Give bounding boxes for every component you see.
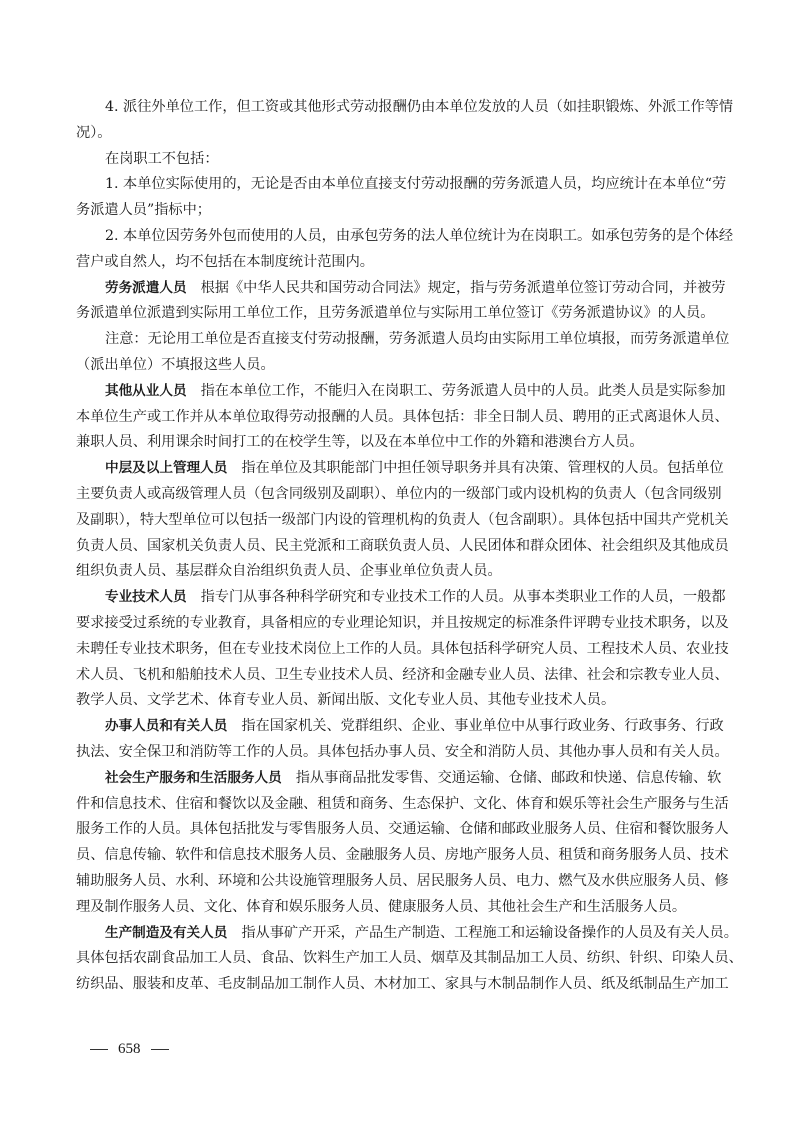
dash-decoration bbox=[151, 1049, 169, 1050]
text-line: 务派遣单位派遣到实际用工单位工作，且劳务派遣单位与实际用工单位签订《劳务派遣协议… bbox=[76, 301, 718, 327]
definition-text: 根据《中华人民共和国劳动合同法》规定，指与劳务派遣单位签订劳动合同，并被劳 bbox=[201, 280, 726, 296]
paragraph-excluded-item-1: 1. 本单位实际使用的，无论是否由本单位直接支付劳动报酬的劳务派遣人员，均应统计… bbox=[76, 172, 718, 224]
text-line: 兼职人员、利用课余时间打工的在校学生等，以及在本单位中工作的外籍和港澳台方人员。 bbox=[76, 430, 718, 456]
text-line: 2. 本单位因劳务外包而使用的人员，由承包劳务的法人单位统计为在岗职工。如承包劳… bbox=[76, 224, 718, 250]
text-line: 教学人员、文学艺术、体育专业人员、新闻出版、文化专业人员、其他专业技术人员。 bbox=[76, 688, 718, 714]
text-line: 件和信息技术、住宿和餐饮以及金融、租赁和商务、生态保护、文化、体育和娱乐等社会生… bbox=[76, 792, 718, 818]
text-line: 本单位生产或工作并从本单位取得劳动报酬的人员。具体包括：非全日制人员、聘用的正式… bbox=[76, 405, 718, 431]
text-line: 具体包括农副食品加工人员、食品、饮料生产加工人员、烟草及其制品加工人员、纺织、针… bbox=[76, 946, 718, 972]
text-line: 辅助服务人员、水利、环境和公共设施管理服务人员、居民服务人员、电力、燃气及水供应… bbox=[76, 869, 718, 895]
text-line: 中层及以上管理人员指在单位及其职能部门中担任领导职务并具有决策、管理权的人员。包… bbox=[76, 456, 718, 482]
definition-text: 指在单位及其职能部门中担任领导职务并具有决策、管理权的人员。包括单位 bbox=[241, 460, 723, 476]
text-line: 1. 本单位实际使用的，无论是否由本单位直接支付劳动报酬的劳务派遣人员，均应统计… bbox=[76, 172, 718, 198]
paragraph-included-item-4: 4. 派往外单位工作，但工资或其他形式劳动报酬仍由本单位发放的人员（如挂职锻炼、… bbox=[76, 95, 718, 147]
text-line: 要求接受过系统的专业教育，具备相应的专业理论知识，并且按规定的标准条件评聘专业技… bbox=[76, 611, 718, 637]
text-line: 其他从业人员指在本单位工作，不能归入在岗职工、劳务派遣人员中的人员。此类人员是实… bbox=[76, 379, 718, 405]
text-line: 营户或自然人，均不包括在本制度统计范围内。 bbox=[76, 250, 718, 276]
text-line: 主要负责人或高级管理人员（包含同级别及副职）、单位内的一级部门或内设机构的负责人… bbox=[76, 482, 718, 508]
text-line: 注意：无论用工单位是否直接支付劳动报酬，劳务派遣人员均由实际用工单位填报，而劳务… bbox=[76, 327, 718, 353]
text-line: 理及制作服务人员、文化、体育和娱乐服务人员、健康服务人员、其他社会生产和生活服务… bbox=[76, 895, 718, 921]
term-heading: 其他从业人员 bbox=[105, 383, 187, 399]
text-line: 及副职），特大型单位可以包括一级部门内设的管理机构的负责人（包含副职）。具体包括… bbox=[76, 508, 718, 534]
definition-text: 指从事商品批发零售、交通运输、仓储、邮政和快递、信息传输、软 bbox=[296, 770, 722, 786]
paragraph-excluded-heading: 在岗职工不包括： bbox=[76, 147, 718, 173]
term-heading: 专业技术人员 bbox=[105, 589, 187, 605]
text-line: 术人员、飞机和船舶技术人员、卫生专业技术人员、经济和金融专业人员、法律、社会和宗… bbox=[76, 663, 718, 689]
definition-professional-technical: 专业技术人员指专门从事各种科学研究和专业技术工作的人员。从事本类职业工作的人员，… bbox=[76, 585, 718, 714]
text-line: 劳务派遣人员根据《中华人民共和国劳动合同法》规定，指与劳务派遣单位签订劳动合同，… bbox=[76, 276, 718, 302]
term-heading: 劳务派遣人员 bbox=[105, 280, 187, 296]
text-line: 纺织品、服装和皮革、毛皮制品加工制作人员、木材加工、家具与木制品制作人员、纸及纸… bbox=[76, 972, 718, 998]
text-line: 未聘任专业技术职务，但在专业技术岗位上工作的人员。具体包括科学研究人员、工程技术… bbox=[76, 637, 718, 663]
definition-other-employees: 其他从业人员指在本单位工作，不能归入在岗职工、劳务派遣人员中的人员。此类人员是实… bbox=[76, 379, 718, 456]
definition-text: 指专门从事各种科学研究和专业技术工作的人员。从事本类职业工作的人员，一般都 bbox=[201, 589, 726, 605]
document-body: 4. 派往外单位工作，但工资或其他形式劳动报酬仍由本单位发放的人员（如挂职锻炼、… bbox=[76, 95, 718, 998]
definition-text: 指从事矿产开采，产品生产制造、工程施工和运输设备操作的人员及有关人员。 bbox=[241, 925, 738, 941]
text-line: 况）。 bbox=[76, 121, 718, 147]
term-heading: 社会生产服务和生活服务人员 bbox=[105, 770, 282, 786]
page-number: 658 bbox=[118, 1041, 141, 1058]
paragraph-note: 注意：无论用工单位是否直接支付劳动报酬，劳务派遣人员均由实际用工单位填报，而劳务… bbox=[76, 327, 718, 379]
text-line: 负责人员、国家机关负责人员、民主党派和工商联负责人员、人民团体和群众团体、社会组… bbox=[76, 534, 718, 560]
definition-dispatched-workers: 劳务派遣人员根据《中华人民共和国劳动合同法》规定，指与劳务派遣单位签订劳动合同，… bbox=[76, 276, 718, 328]
definition-middle-senior-managers: 中层及以上管理人员指在单位及其职能部门中担任领导职务并具有决策、管理权的人员。包… bbox=[76, 456, 718, 585]
page-footer: 658 bbox=[90, 1041, 169, 1058]
definition-text: 指在本单位工作，不能归入在岗职工、劳务派遣人员中的人员。此类人员是实际参加 bbox=[201, 383, 726, 399]
dash-decoration bbox=[90, 1049, 108, 1050]
term-heading: 中层及以上管理人员 bbox=[105, 460, 227, 476]
text-line: 执法、安全保卫和消防等工作的人员。具体包括办事人员、安全和消防人员、其他办事人员… bbox=[76, 740, 718, 766]
text-line: 生产制造及有关人员指从事矿产开采，产品生产制造、工程施工和运输设备操作的人员及有… bbox=[76, 921, 718, 947]
text-line: 员、信息传输、软件和信息技术服务人员、金融服务人员、房地产服务人员、租赁和商务服… bbox=[76, 843, 718, 869]
definition-clerical-staff: 办事人员和有关人员指在国家机关、党群组织、企业、事业单位中从事行政业务、行政事务… bbox=[76, 714, 718, 766]
text-line: 4. 派往外单位工作，但工资或其他形式劳动报酬仍由本单位发放的人员（如挂职锻炼、… bbox=[76, 95, 718, 121]
definition-text: 指在国家机关、党群组织、企业、事业单位中从事行政业务、行政事务、行政 bbox=[241, 718, 723, 734]
term-heading: 办事人员和有关人员 bbox=[105, 718, 227, 734]
text-line: 在岗职工不包括： bbox=[76, 147, 718, 173]
text-line: 务派遣人员”指标中； bbox=[76, 198, 718, 224]
definition-production-workers: 生产制造及有关人员指从事矿产开采，产品生产制造、工程施工和运输设备操作的人员及有… bbox=[76, 921, 718, 998]
text-line: 服务工作的人员。具体包括批发与零售服务人员、交通运输、仓储和邮政业服务人员、住宿… bbox=[76, 817, 718, 843]
paragraph-excluded-item-2: 2. 本单位因劳务外包而使用的人员，由承包劳务的法人单位统计为在岗职工。如承包劳… bbox=[76, 224, 718, 276]
text-line: 办事人员和有关人员指在国家机关、党群组织、企业、事业单位中从事行政业务、行政事务… bbox=[76, 714, 718, 740]
text-line: 组织负责人员、基层群众自治组织负责人员、企事业单位负责人员。 bbox=[76, 559, 718, 585]
text-line: 专业技术人员指专门从事各种科学研究和专业技术工作的人员。从事本类职业工作的人员，… bbox=[76, 585, 718, 611]
definition-service-workers: 社会生产服务和生活服务人员指从事商品批发零售、交通运输、仓储、邮政和快递、信息传… bbox=[76, 766, 718, 921]
text-line: （派出单位）不填报这些人员。 bbox=[76, 353, 718, 379]
text-line: 社会生产服务和生活服务人员指从事商品批发零售、交通运输、仓储、邮政和快递、信息传… bbox=[76, 766, 718, 792]
term-heading: 生产制造及有关人员 bbox=[105, 925, 227, 941]
